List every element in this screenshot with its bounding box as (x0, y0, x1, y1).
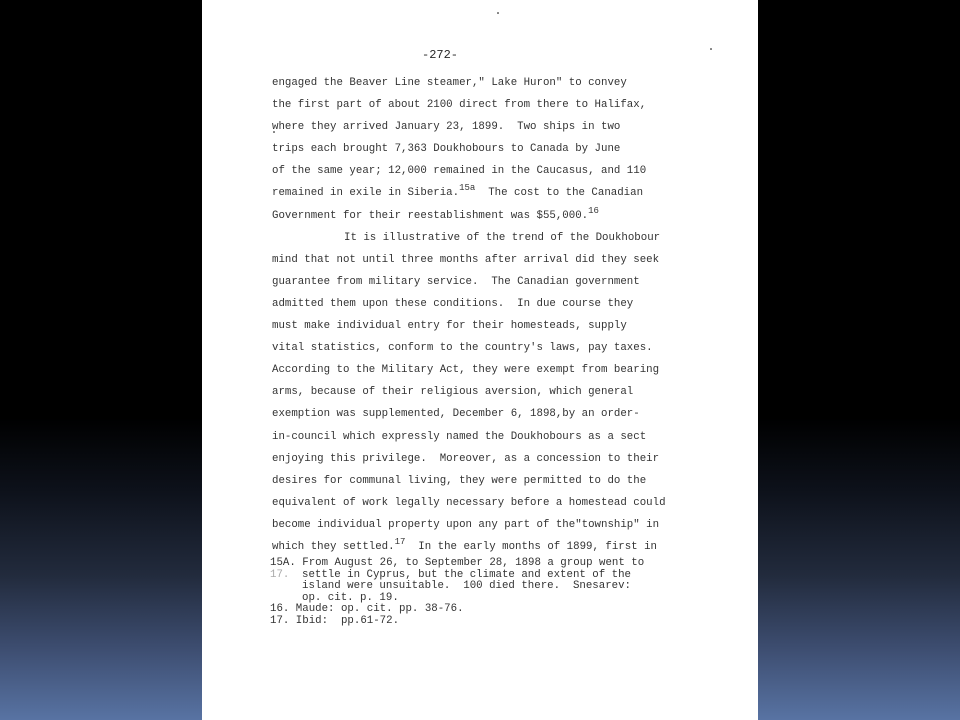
line-text: of the same year; 12,000 remained in the… (272, 165, 646, 177)
text-line: engaged the Beaver Line steamer," Lake H… (272, 72, 666, 94)
line-text: desires for communal living, they were p… (272, 475, 646, 487)
line-text: become individual property upon any part… (272, 519, 659, 531)
footnote-text: op. cit. p. 19. (302, 592, 399, 604)
text-line: admitted them upon these conditions. In … (272, 293, 666, 315)
line-text: guarantee from military service. The Can… (272, 276, 640, 288)
body-text: engaged the Beaver Line steamer," Lake H… (272, 72, 666, 558)
text-line: remained in exile in Siberia.15a The cos… (272, 182, 666, 204)
line-text: vital statistics, conform to the country… (272, 342, 653, 354)
footnote-ref: 15a (459, 183, 475, 193)
text-line: where they arrived January 23, 1899. Two… (272, 116, 666, 138)
footnote-ghost-number: 17. (270, 570, 302, 582)
line-text: engaged the Beaver Line steamer," Lake H… (272, 77, 627, 89)
footnote-line: 17. Ibid: pp.61-72. (270, 616, 644, 628)
line-text: remained in exile in Siberia. (272, 187, 459, 199)
line-text: exemption was supplemented, December 6, … (272, 408, 640, 420)
text-line: arms, because of their religious aversio… (272, 381, 666, 403)
text-line: It is illustrative of the trend of the D… (272, 227, 666, 249)
text-line: Government for their reestablishment was… (272, 205, 666, 227)
text-line: the first part of about 2100 direct from… (272, 94, 666, 116)
text-line: of the same year; 12,000 remained in the… (272, 160, 666, 182)
text-line: guarantee from military service. The Can… (272, 271, 666, 293)
text-line: vital statistics, conform to the country… (272, 337, 666, 359)
text-line: trips each brought 7,363 Doukhobours to … (272, 138, 666, 160)
scan-speck (497, 12, 499, 14)
footnote-text: island were unsuitable. 100 died there. … (302, 580, 631, 592)
text-line: mind that not until three months after a… (272, 249, 666, 271)
line-text: which they settled. (272, 541, 395, 553)
line-text: must make individual entry for their hom… (272, 320, 627, 332)
footnote-ref: 17 (395, 537, 406, 547)
page-number: -272- (422, 48, 458, 62)
line-text: trips each brought 7,363 Doukhobours to … (272, 143, 620, 155)
line-text: admitted them upon these conditions. In … (272, 298, 633, 310)
text-line: enjoying this privilege. Moreover, as a … (272, 448, 666, 470)
line-text: mind that not until three months after a… (272, 254, 659, 266)
line-text: It is illustrative of the trend of the D… (344, 232, 660, 244)
line-text: Government for their reestablishment was… (272, 210, 588, 222)
line-text: the first part of about 2100 direct from… (272, 99, 646, 111)
scan-speck (273, 131, 275, 133)
line-text: arms, because of their religious aversio… (272, 386, 633, 398)
scan-speck (710, 48, 712, 50)
line-text: In the early months of 1899, first in (405, 541, 657, 553)
line-text: The cost to the Canadian (475, 187, 643, 199)
text-line: in-council which expressly named the Dou… (272, 426, 666, 448)
line-text: in-council which expressly named the Dou… (272, 431, 646, 443)
footnote-text: settle in Cyprus, but the climate and ex… (302, 569, 631, 581)
text-line: become individual property upon any part… (272, 514, 666, 536)
line-text: enjoying this privilege. Moreover, as a … (272, 453, 659, 465)
footnotes: 15A. From August 26, to September 28, 18… (270, 558, 644, 628)
text-line: which they settled.17 In the early month… (272, 536, 666, 558)
text-line: exemption was supplemented, December 6, … (272, 403, 666, 425)
footnote-text: 17. Ibid: pp.61-72. (270, 615, 399, 627)
text-line: According to the Military Act, they were… (272, 359, 666, 381)
line-text: where they arrived January 23, 1899. Two… (272, 121, 620, 133)
footnote-ref: 16 (588, 206, 599, 216)
text-line: must make individual entry for their hom… (272, 315, 666, 337)
line-text: equivalent of work legally necessary bef… (272, 497, 666, 509)
text-line: desires for communal living, they were p… (272, 470, 666, 492)
text-line: equivalent of work legally necessary bef… (272, 492, 666, 514)
footnote-text: 15A. From August 26, to September 28, 18… (270, 557, 644, 569)
footnote-text: 16. Maude: op. cit. pp. 38-76. (270, 603, 464, 615)
line-text: According to the Military Act, they were… (272, 364, 659, 376)
